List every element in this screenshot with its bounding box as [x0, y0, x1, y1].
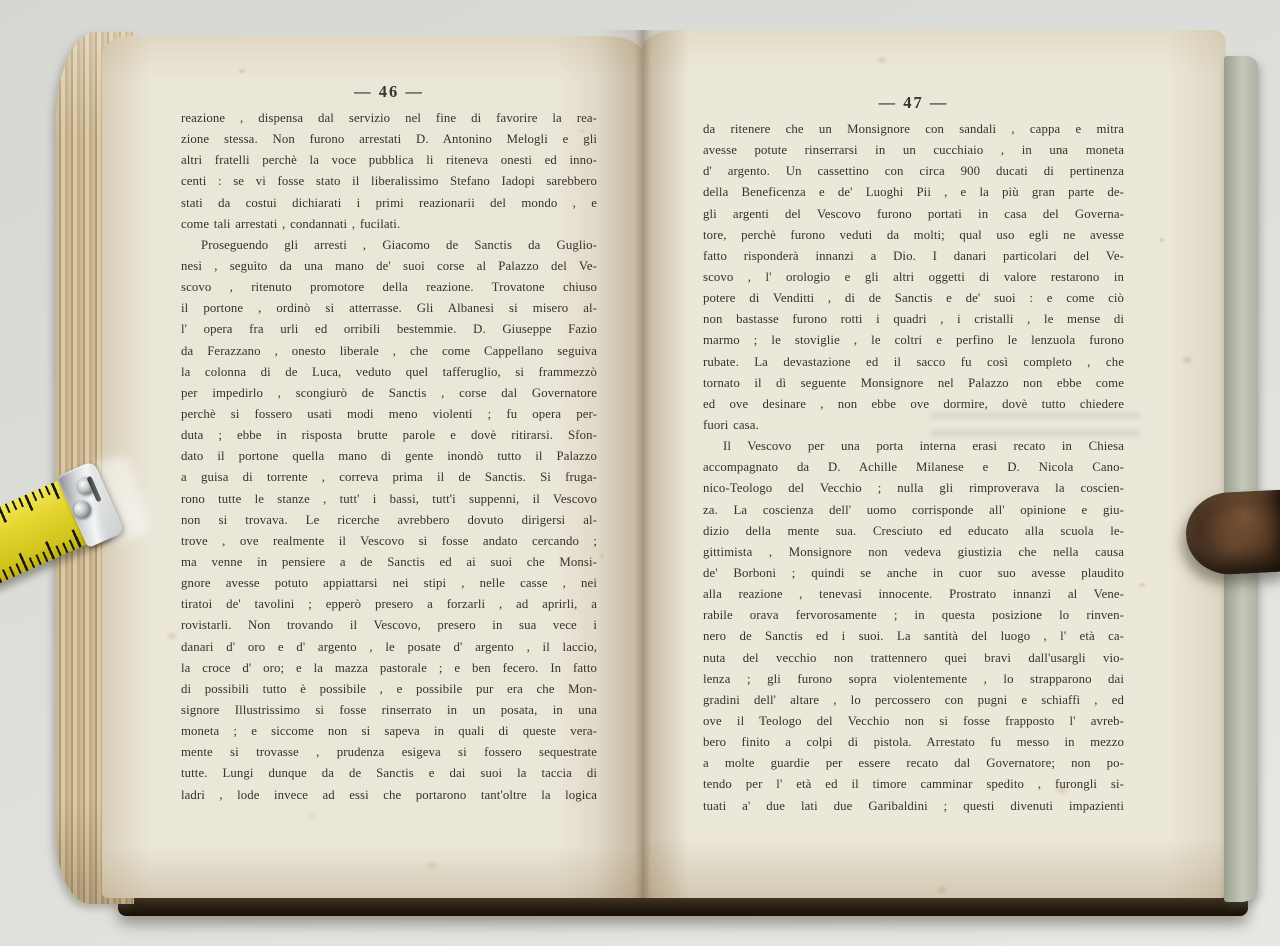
- text-line: marmo ; le stoviglie , le coltri e perfi…: [703, 330, 1124, 351]
- text-line: tutte. Lungi dunque da de Sanctis e dai …: [181, 763, 597, 784]
- text-line: della Beneficenza e de' Luoghi Pii , e l…: [703, 182, 1124, 203]
- text-line: ove il Teologo del Vecchio non si fosse …: [703, 711, 1124, 732]
- text-line: rovistarli. Non trovando il Vescovo, pre…: [181, 615, 597, 636]
- text-line: la colonna di de Luca, veduto quel taffe…: [181, 362, 597, 383]
- text-line: de' Borboni ; quindi se anche in cuor su…: [703, 563, 1124, 584]
- text-line: duta ; ebbe in risposta brutte parole e …: [181, 425, 597, 446]
- text-line: di possibili tutto è possibile , e possi…: [181, 679, 597, 700]
- text-line: tendo per l' età ed il timore camminar s…: [703, 774, 1124, 795]
- text-line: ma venne in pensiere a de Sanctis ed ai …: [181, 552, 597, 573]
- text-line: nuta del vecchio non trattennero quei br…: [703, 648, 1124, 669]
- book-photograph: — 46 — reazione , dispensa dal servizio …: [0, 0, 1280, 946]
- text-line: l' opera fra urli ed orribili bestemmie.…: [181, 319, 597, 340]
- text-line: Il Vescovo per una porta interna erasi r…: [703, 436, 1124, 457]
- text-line: reazione , dispensa dal servizio nel fin…: [181, 108, 597, 129]
- text-line: nico-Teologo del Vecchio ; nulla gli rim…: [703, 478, 1124, 499]
- text-line: nesi , seguìto da una mano de' suoi cors…: [181, 256, 597, 277]
- text-line: ed ove desinare , non ebbe ove dormire, …: [703, 394, 1124, 415]
- text-line: a guisa di torrente , correva prima il d…: [181, 467, 597, 488]
- text-line: centi : se vi fosse stato il liberalissi…: [181, 171, 597, 192]
- text-line: gnore avesse potuto appiattarsi nei stip…: [181, 573, 597, 594]
- text-line: gittimista , Monsignore non vedeva giust…: [703, 542, 1124, 563]
- text-line: il portone , ordinò si atterrasse. Gli A…: [181, 298, 597, 319]
- text-line: gradini dell' altare , lo percossero con…: [703, 690, 1124, 711]
- text-line: scovo , ritenuto promotore della reazion…: [181, 277, 597, 298]
- text-line: signore Illustrissimo si fosse rinserrat…: [181, 700, 597, 721]
- text-line: altri fratelli perchè la voce pubblica l…: [181, 150, 597, 171]
- text-line: tornato il dì seguente Monsignore nel Pa…: [703, 373, 1124, 394]
- text-line: avesse potute rinserrarsi in un cucchiai…: [703, 140, 1124, 161]
- text-column-left: reazione , dispensa dal servizio nel fin…: [181, 108, 597, 806]
- text-line: da ritenere che un Monsignore con sandal…: [703, 119, 1124, 140]
- text-line: scovo , l' orologio e gli altri oggetti …: [703, 267, 1124, 288]
- book-cover-right-edge: [1224, 56, 1258, 902]
- text-line: Proseguendo gli arresti , Giacomo de San…: [181, 235, 597, 256]
- text-line: accompagnato da D. Achille Milanese e D.…: [703, 457, 1124, 478]
- text-line: d' argento. Un cassettino con circa 900 …: [703, 161, 1124, 182]
- text-line: per impedirlo , scongiurò de Sanctis , c…: [181, 383, 597, 404]
- text-line: fuori casa.: [703, 415, 1124, 436]
- text-line: a molte guardie per essere recato dal Go…: [703, 753, 1124, 774]
- text-line: la croce d' oro; e la mazza pastorale ; …: [181, 658, 597, 679]
- text-line: rabile orava fervorosamente ; in questa …: [703, 605, 1124, 626]
- page-number-left: — 46 —: [181, 82, 597, 102]
- text-line: fatto risponderà innanzi a Dio. I danari…: [703, 246, 1124, 267]
- text-line: dato il portone quella mano di gente ino…: [181, 446, 597, 467]
- text-line: moneta ; e siccome non si sapeva in qual…: [181, 721, 597, 742]
- text-line: stati da costui dichiarati i primi reazi…: [181, 193, 597, 214]
- text-line: ladri , lode invece ad essi che portaron…: [181, 785, 597, 806]
- text-line: da Ferazzano , onesto liberale , che com…: [181, 341, 597, 362]
- text-line: come tali arrestati , condannati , fucil…: [181, 214, 597, 235]
- text-line: tuati a' due lati due Garibaldini ; ques…: [703, 796, 1124, 817]
- text-column-right: da ritenere che un Monsignore con sandal…: [703, 119, 1124, 817]
- text-line: alla reazione , tenevasi innocente. Pros…: [703, 584, 1124, 605]
- page-number-right: — 47 —: [703, 93, 1124, 113]
- text-line: gli argenti del Vescovo furono portati i…: [703, 204, 1124, 225]
- text-line: zione stessa. Non furono arrestati D. An…: [181, 129, 597, 150]
- text-line: nero de Sanctis ed i suoi. La santità de…: [703, 626, 1124, 647]
- text-line: danari d' oro e d' argento , le posate d…: [181, 637, 597, 658]
- text-line: rubate. La devastazione ed il sacco fu c…: [703, 352, 1124, 373]
- text-line: lenza ; gli furono sopra violentemente ,…: [703, 669, 1124, 690]
- text-line: mente si trovasse , prudenza esigeva si …: [181, 742, 597, 763]
- text-line: potere di Venditti , di de Sanctis e de'…: [703, 288, 1124, 309]
- rivet-icon: [71, 498, 93, 520]
- text-line: rono tutte le stanze , tutt' i bassi, tu…: [181, 489, 597, 510]
- text-line: tiratoi de' tavolini ; epperò presero a …: [181, 594, 597, 615]
- text-line: bero finito a colpi di pistola. Arrestat…: [703, 732, 1124, 753]
- text-line: dizio della mente sua. Cresciuto ed educ…: [703, 521, 1124, 542]
- text-line: trove , ove realmente il Vescovo si foss…: [181, 531, 597, 552]
- text-line: za. La coscienza dell' uomo corrisponde …: [703, 500, 1124, 521]
- text-line: non bastasse furono rotti i quadri , i c…: [703, 309, 1124, 330]
- text-line: perchè si fossero usati modi meno violen…: [181, 404, 597, 425]
- text-line: tore, perchè furono veduti da molti; qua…: [703, 225, 1124, 246]
- text-line: non si trovava. Le ricerche avrebbero do…: [181, 510, 597, 531]
